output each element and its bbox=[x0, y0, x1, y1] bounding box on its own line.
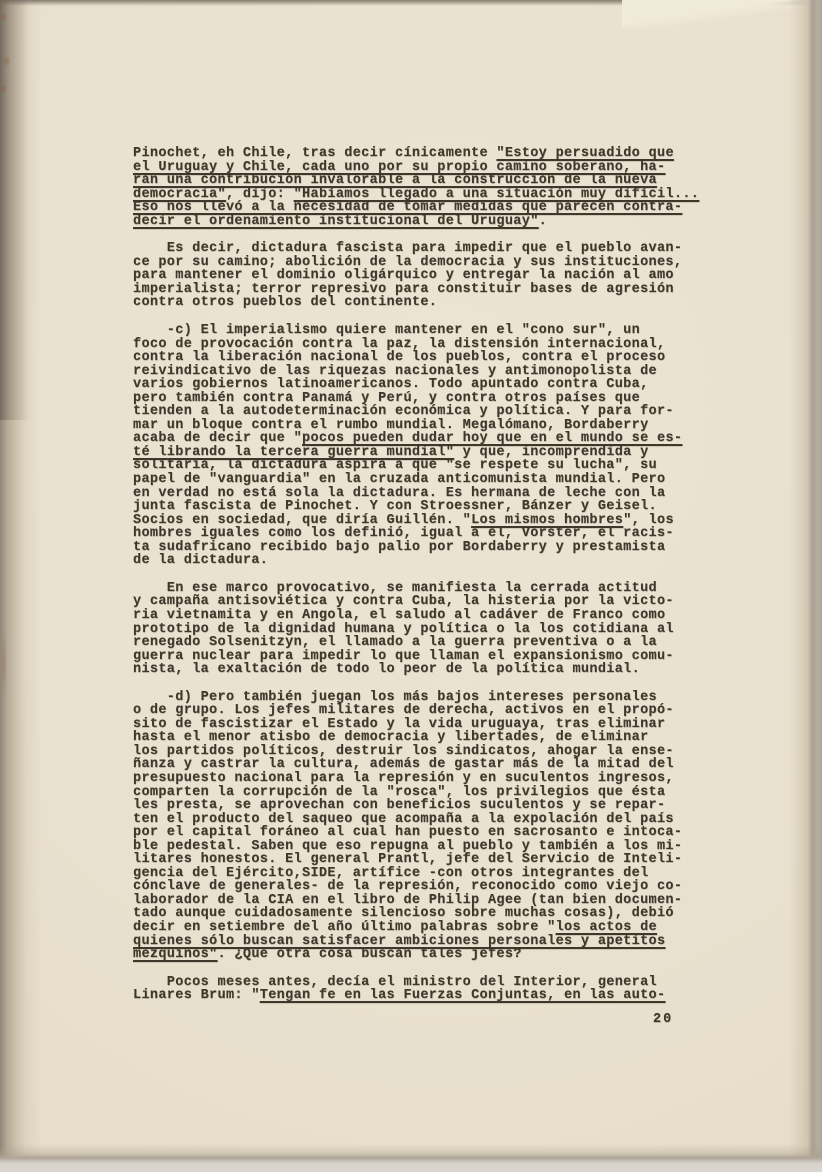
text-line: rán una contribución invalorable a la co… bbox=[133, 174, 718, 188]
page-text: Pinochet, eh Chile, tras decir cínicamen… bbox=[133, 147, 718, 1017]
text-line: gencia del Ejército,SIDE, artífice -con … bbox=[133, 867, 718, 881]
text-line: junta fascista de Pinochet. Y con Stroes… bbox=[133, 500, 718, 514]
text-line: y campaña antisoviética y contra Cuba, l… bbox=[133, 595, 718, 609]
page-bottom-edge bbox=[0, 1144, 822, 1172]
underlined-text: decir el ordenamiento institucional del … bbox=[133, 214, 539, 229]
text-line: contra la liberación nacional de los pue… bbox=[133, 351, 718, 365]
text-line: té librando la tercera guerra mundial" y… bbox=[133, 446, 718, 460]
text-segment: de la dictadura. bbox=[133, 553, 268, 568]
text-line: hasta el menor atisbo de democracia y li… bbox=[133, 731, 718, 745]
paragraph: Pocos meses antes, decía el ministro del… bbox=[133, 976, 718, 1003]
text-line: tienden a la autodeterminación económica… bbox=[133, 405, 718, 419]
text-line: -c) El imperialismo quiere mantener en e… bbox=[133, 324, 718, 338]
text-line: democracia", dijo: "Habíamos llegado a u… bbox=[133, 188, 718, 202]
paragraph: Pinochet, eh Chile, tras decir cínicamen… bbox=[133, 147, 718, 228]
underlined-text: Tengan fe en las Fuerzas Conjuntas, en l… bbox=[260, 988, 666, 1003]
text-line: ble pedestal. Saben que eso repugna al p… bbox=[133, 840, 718, 854]
text-line: sito de fascistizar el Estado y la vida … bbox=[133, 718, 718, 732]
text-line: litares honestos. El general Prantl, jef… bbox=[133, 853, 718, 867]
text-line: reivindicativo de las riquezas nacionale… bbox=[133, 365, 718, 379]
text-line: por el capital foráneo al cual han puest… bbox=[133, 826, 718, 840]
text-line: pero también contra Panamá y Perú, y con… bbox=[133, 392, 718, 406]
text-line: para mantener el dominio oligárquico y e… bbox=[133, 269, 718, 283]
text-line: en verdad no está sola la dictadura. Es … bbox=[133, 487, 718, 501]
ink-speck bbox=[1, 628, 7, 698]
text-line: decir el ordenamiento institucional del … bbox=[133, 215, 718, 229]
text-line: -d) Pero también juegan los más bajos in… bbox=[133, 691, 718, 705]
text-line: ria vietnamita y en Angola, el saludo al… bbox=[133, 609, 718, 623]
text-line: o de grupo. Los jefes militares de derec… bbox=[133, 704, 718, 718]
text-line: guerra nuclear para impedir lo que llama… bbox=[133, 650, 718, 664]
text-line: contra otros pueblos del continente. bbox=[133, 296, 718, 310]
text-line: Eso nos llevó a la necesidad de tomar me… bbox=[133, 201, 718, 215]
text-line: ten el producto del saqueo que acompaña … bbox=[133, 813, 718, 827]
underlined-text: mezquinos" bbox=[133, 947, 218, 962]
text-line: papel de "vanguardia" en la cruzada anti… bbox=[133, 473, 718, 487]
text-line: Socios en sociedad, que diría Guillén. "… bbox=[133, 514, 718, 528]
text-line: solitaria, la dictadura aspira a que "se… bbox=[133, 459, 718, 473]
paragraph: -c) El imperialismo quiere mantener en e… bbox=[133, 324, 718, 568]
ink-speck bbox=[0, 84, 6, 94]
text-line: varios gobiernos latinoamericanos. Todo … bbox=[133, 378, 718, 392]
text-segment: . ¿Qué otra cosa buscan tales jefes? bbox=[218, 947, 522, 962]
text-line: Pocos meses antes, decía el ministro del… bbox=[133, 976, 718, 990]
text-line: ce por su camino; abolición de la democr… bbox=[133, 256, 718, 270]
text-line: mezquinos". ¿Qué otra cosa buscan tales … bbox=[133, 948, 718, 962]
paragraph: En ese marco provocativo, se manifiesta … bbox=[133, 582, 718, 677]
text-line: les presta, se aprovechan con beneficios… bbox=[133, 799, 718, 813]
text-line: renegado Solsenitzyn, el llamado a la gu… bbox=[133, 636, 718, 650]
text-line: mar un bloque contra el rumbo mundial. M… bbox=[133, 419, 718, 433]
text-line: presupuesto nacional para la represión y… bbox=[133, 772, 718, 786]
text-line: imperialista; terror represivo para cons… bbox=[133, 283, 718, 297]
text-line: Es decir, dictadura fascista para impedi… bbox=[133, 242, 718, 256]
paper-sheet: Pinochet, eh Chile, tras decir cínicamen… bbox=[0, 0, 822, 1172]
text-line: hombres iguales como los definió, igual … bbox=[133, 527, 718, 541]
text-line: ñanza y castrar la cultura, además de ga… bbox=[133, 758, 718, 772]
text-line: prototipo de la dignidad humana y políti… bbox=[133, 623, 718, 637]
text-line: cónclave de generales- de la represión, … bbox=[133, 880, 718, 894]
text-segment: Linares Brum: " bbox=[133, 988, 260, 1003]
ink-speck bbox=[1, 12, 7, 22]
text-line: Pinochet, eh Chile, tras decir cínicamen… bbox=[133, 147, 718, 161]
ink-speck bbox=[3, 54, 10, 68]
text-line: el Uruguay y Chile, cada uno por su prop… bbox=[133, 161, 718, 175]
paragraph: -d) Pero también juegan los más bajos in… bbox=[133, 691, 718, 962]
text-segment: . bbox=[539, 214, 547, 229]
text-line: Linares Brum: "Tengan fe en las Fuerzas … bbox=[133, 989, 718, 1003]
text-line: comparten la corrupción de la "rosca", l… bbox=[133, 786, 718, 800]
text-line: quienes sólo buscan satisfacer ambicione… bbox=[133, 935, 718, 949]
text-line: tado aunque cuidadosamente silencioso so… bbox=[133, 907, 718, 921]
text-line: decir en setiembre del año último palabr… bbox=[133, 921, 718, 935]
page-right-edge bbox=[788, 0, 822, 1172]
text-line: ta sudafricano recibido bajo palio por B… bbox=[133, 541, 718, 555]
text-line: nista, la exaltación de todo lo peor de … bbox=[133, 663, 718, 677]
text-line: foco de provocación contra la paz, la di… bbox=[133, 338, 718, 352]
text-line: En ese marco provocativo, se manifiesta … bbox=[133, 582, 718, 596]
text-line: de la dictadura. bbox=[133, 554, 718, 568]
paragraph: Es decir, dictadura fascista para impedi… bbox=[133, 242, 718, 310]
page-number: 20 bbox=[653, 1012, 673, 1027]
text-segment: contra otros pueblos del continente. bbox=[133, 295, 437, 310]
text-line: los partidos políticos, destruir los sin… bbox=[133, 745, 718, 759]
scanned-book-page: { "page": { "number": "20" }, "colors": … bbox=[0, 0, 822, 1172]
text-segment: nista, la exaltación de todo lo peor de … bbox=[133, 662, 640, 677]
text-line: laborador de la CIA en el libro de Phili… bbox=[133, 894, 718, 908]
text-line: acaba de decir que "pocos pueden dudar h… bbox=[133, 432, 718, 446]
